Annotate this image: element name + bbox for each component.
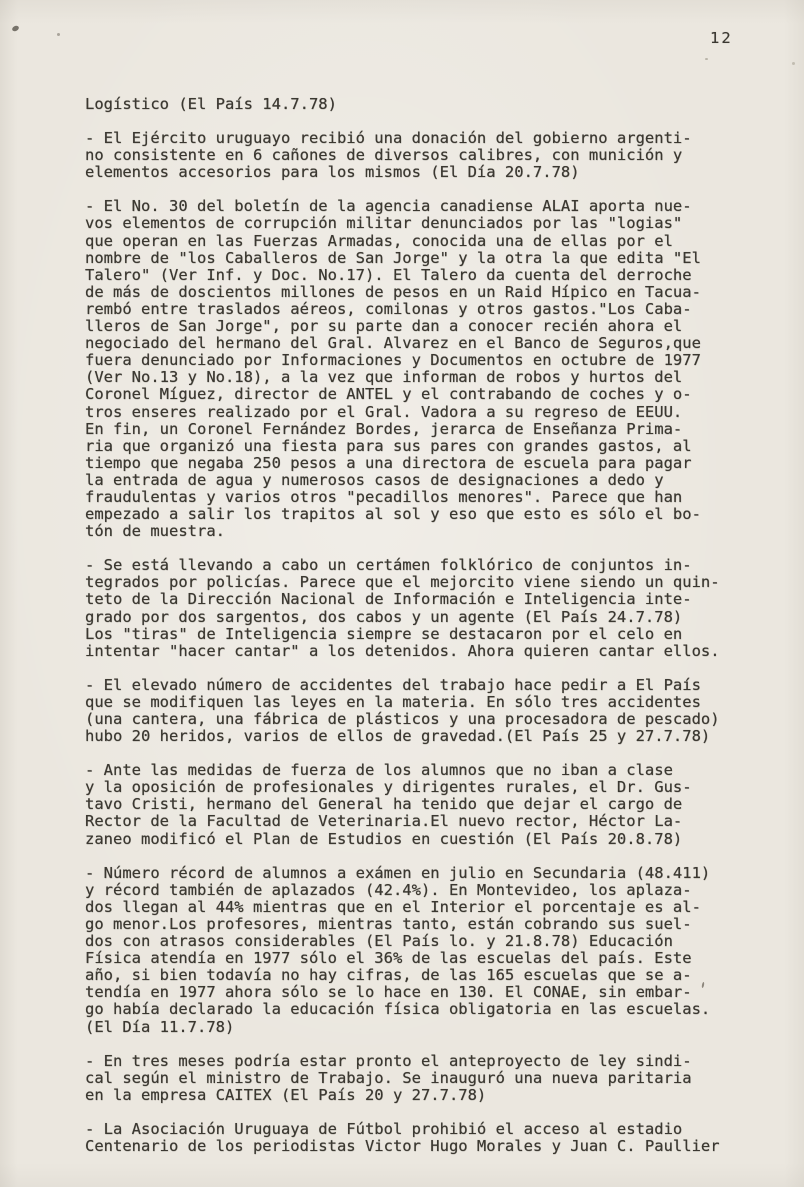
document-heading: Logístico (El País 14.7.78) [85,96,750,113]
document-text-column: Logístico (El País 14.7.78) - El Ejércit… [85,96,750,1155]
scan-speck [705,58,708,60]
paragraph: - En tres meses podría estar pronto el a… [85,1053,750,1104]
paragraph: - Número récord de alumnos a exámen en j… [85,865,750,1036]
scan-speck [11,25,19,32]
paragraph: - Se está llevando a cabo un certámen fo… [85,557,750,660]
scan-speck [57,33,60,36]
scan-speck [792,62,795,65]
page-number: 12 [710,30,733,47]
paragraph: - El No. 30 del boletín de la agencia ca… [85,198,750,540]
paragraph: - El Ejército uruguayo recibió una donac… [85,130,750,181]
paragraph: - La Asociación Uruguaya de Fútbol prohi… [85,1121,750,1155]
paragraph: - El elevado número de accidentes del tr… [85,677,750,745]
document-page: 12 Logístico (El País 14.7.78) - El Ejér… [0,0,804,1187]
paragraph: - Ante las medidas de fuerza de los alum… [85,762,750,847]
